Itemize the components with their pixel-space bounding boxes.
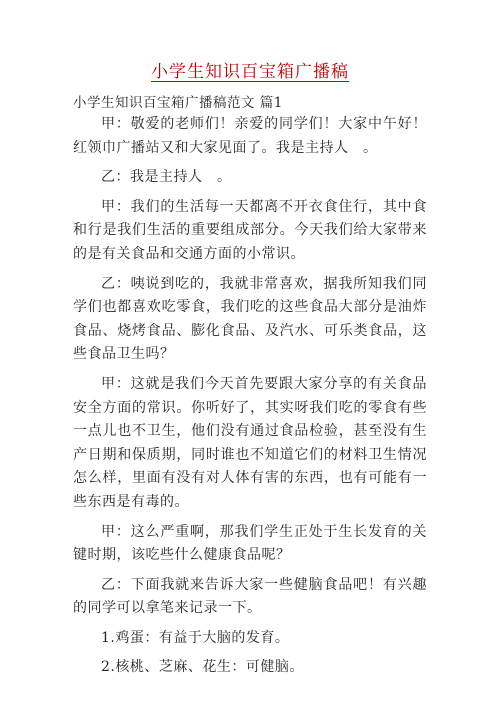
paragraph: 甲：敬爱的老师们！亲爱的同学们！大家中午好！红领巾广播站又和大家见面了。我是主持…	[73, 113, 427, 160]
paragraph: 甲：我们的生活每一天都离不开衣食住行，其中食和行是我们生活的重要组成部分。今天我…	[73, 196, 427, 267]
list-item: 1.鸡蛋：有益于大脑的发育。	[73, 627, 427, 651]
paragraph: 乙：咦说到吃的，我就非常喜欢，据我所知我们同学们也都喜欢吃零食，我们吃的这些食品…	[73, 273, 427, 367]
list-item: 2.核桃、芝麻、花生：可健脑。	[73, 656, 427, 680]
paragraph: 甲：这么严重啊，那我们学生正处于生长发育的关键时期，该吃些什么健康食品呢？	[73, 521, 427, 568]
document-content: 小学生知识百宝箱广播稿 小学生知识百宝箱广播稿范文 篇1 甲：敬爱的老师们！亲爱…	[73, 0, 427, 680]
document-subtitle: 小学生知识百宝箱广播稿范文 篇1	[73, 91, 427, 111]
document-page: 小学生知识百宝箱广播稿 小学生知识百宝箱广播稿范文 篇1 甲：敬爱的老师们！亲爱…	[0, 0, 500, 707]
paragraph: 乙：我是主持人 。	[73, 166, 427, 190]
paragraph: 乙：下面我就来告诉大家一些健脑食品吧！有兴趣的同学可以拿笔来记录一下。	[73, 574, 427, 621]
document-title: 小学生知识百宝箱广播稿	[73, 0, 427, 82]
document-title-text: 小学生知识百宝箱广播稿	[151, 62, 349, 82]
paragraph: 甲：这就是我们今天首先要跟大家分享的有关食品安全方面的常识。你听好了，其实呀我们…	[73, 373, 427, 515]
